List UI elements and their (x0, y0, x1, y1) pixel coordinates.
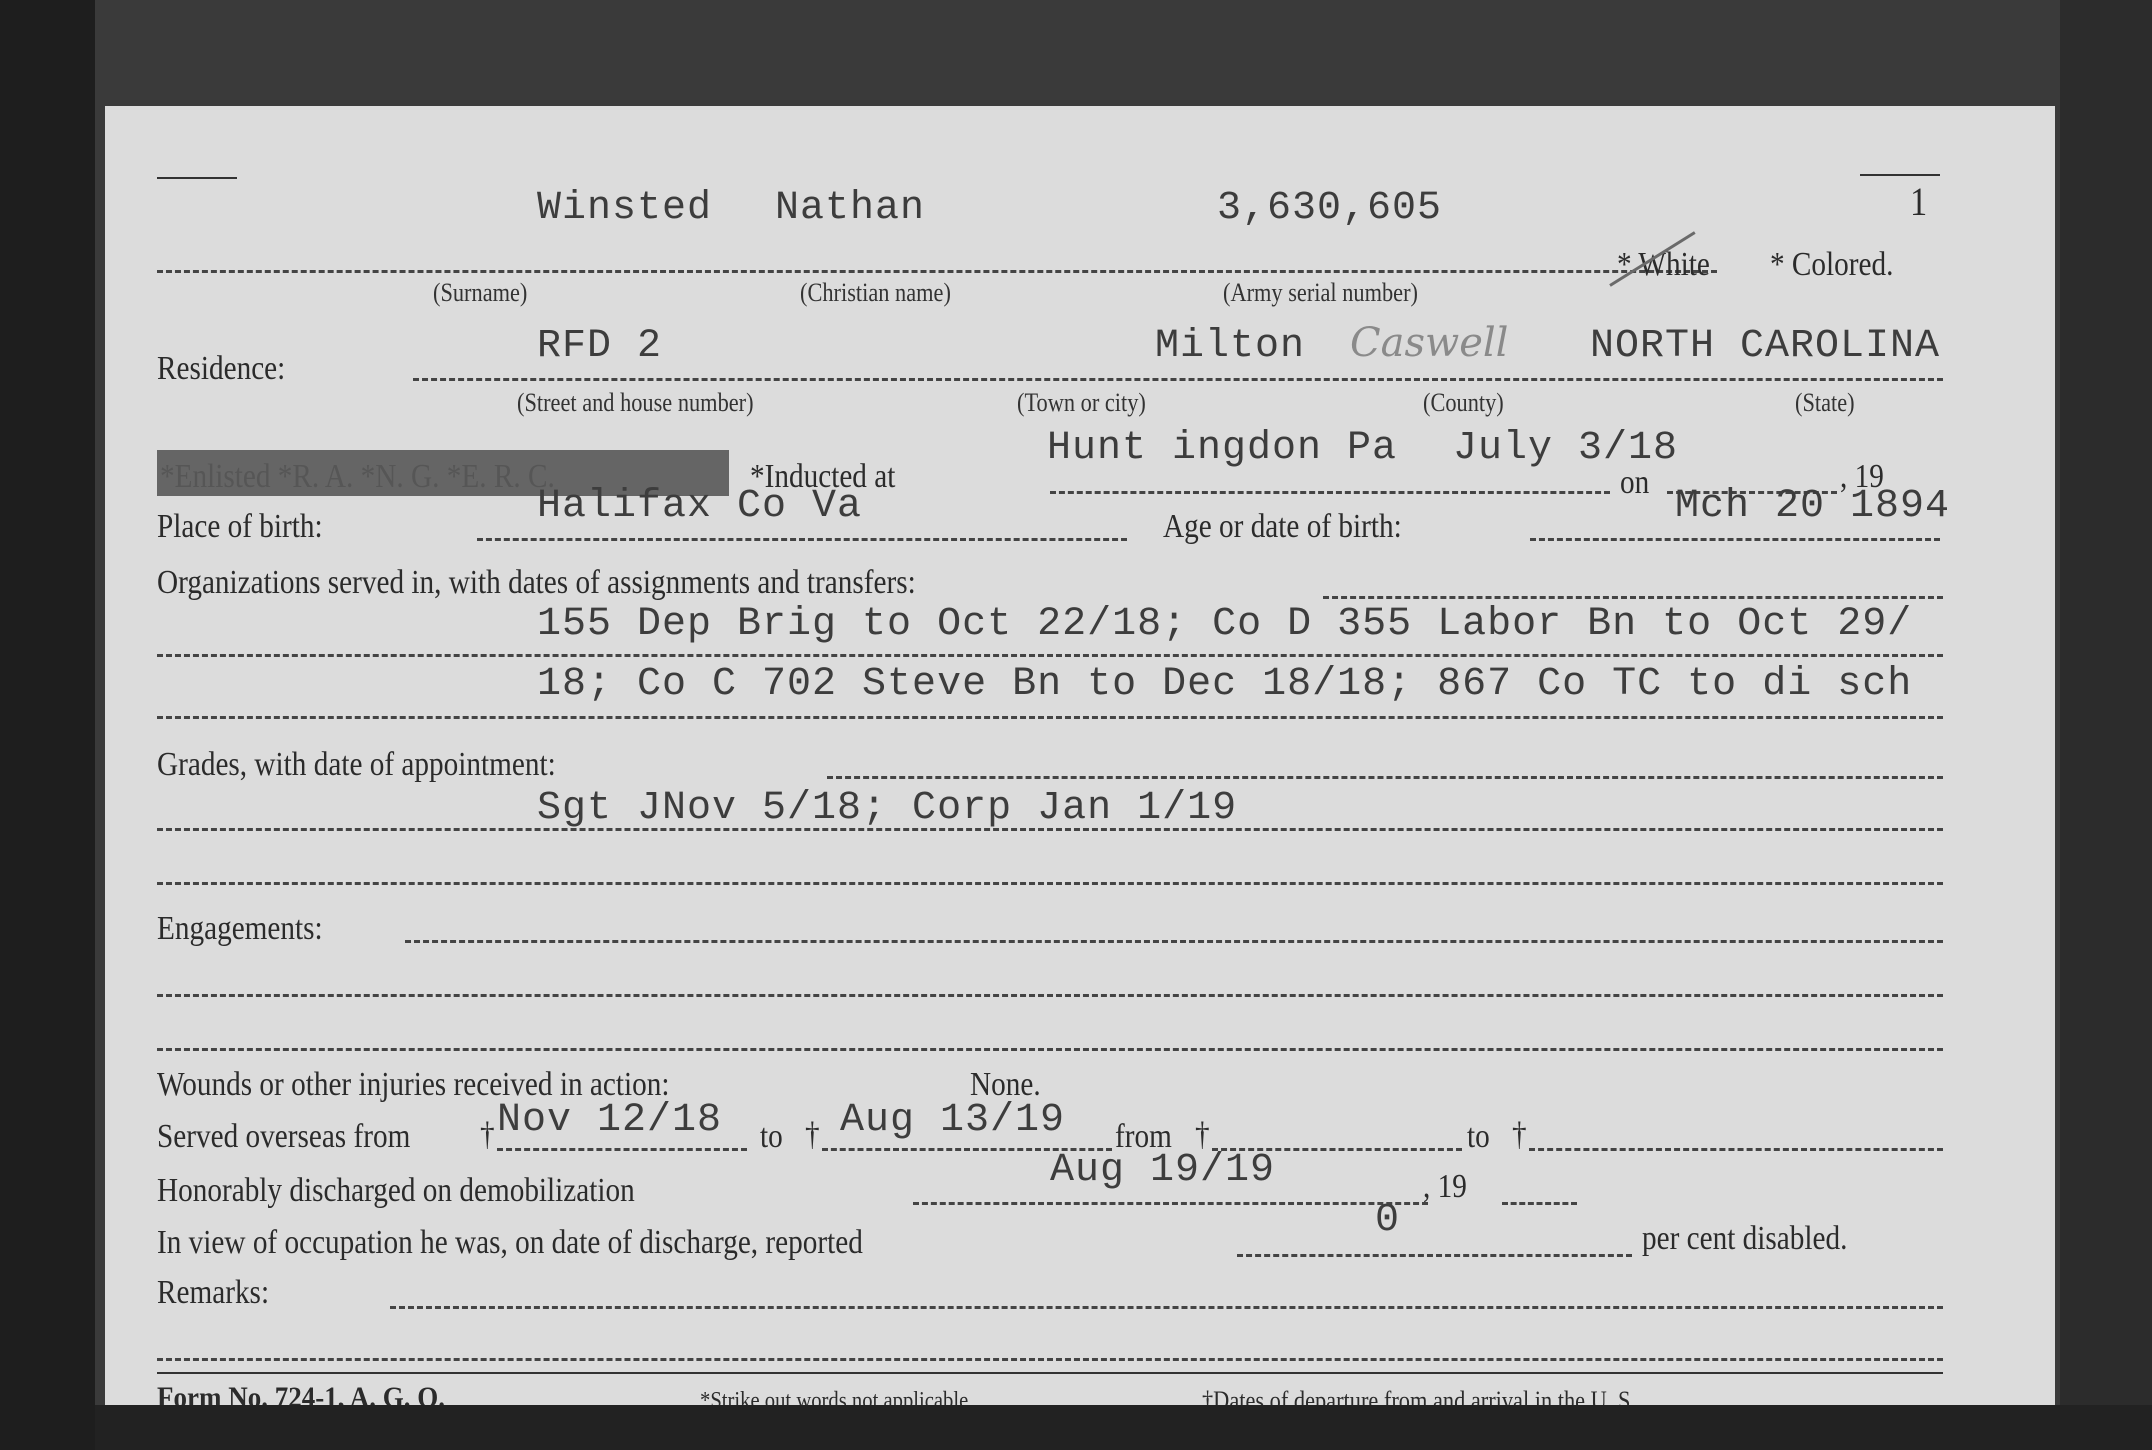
service-record-card: 1 Winsted Nathan 3,630,605 * White * Col… (105, 106, 2055, 1406)
serial-caption: (Army serial number) (1223, 278, 1418, 308)
residence-line (413, 378, 1943, 381)
overseas-from-value: Nov 12/18 (497, 1098, 722, 1143)
place-of-birth-line (477, 538, 1127, 541)
scanner-background-bottom (95, 1405, 2152, 1450)
organizations-line-2 (157, 716, 1943, 719)
disability-label: In view of occupation he was, on date of… (157, 1224, 863, 1262)
organizations-entry-2: 18; Co C 702 Steve Bn to Dec 18/18; 867 … (537, 662, 1912, 707)
grades-line-2 (157, 882, 1943, 885)
dagger-mark-2: † (805, 1116, 820, 1154)
discharge-year-line (1502, 1202, 1577, 1205)
town-value: Milton (1155, 324, 1305, 369)
town-caption: (Town or city) (1017, 388, 1146, 418)
organizations-entry-1: 155 Dep Brig to Oct 22/18; Co D 355 Labo… (537, 602, 1912, 647)
christian-name-caption: (Christian name) (800, 278, 951, 308)
engagements-line-0 (405, 940, 1943, 943)
top-right-rule (1860, 174, 1940, 176)
overseas-label: Served overseas from (157, 1118, 410, 1156)
name-line (157, 270, 1717, 273)
organizations-label: Organizations served in, with dates of a… (157, 564, 916, 602)
christian-name-value: Nathan (775, 186, 925, 231)
dagger-mark-1: † (480, 1116, 495, 1154)
place-of-birth-label: Place of birth: (157, 508, 323, 546)
disability-line (1237, 1254, 1632, 1257)
inducted-place-value: Hunt ingdon Pa (1047, 426, 1397, 471)
discharge-year-label: , 19 (1423, 1168, 1467, 1206)
birth-date-line (1530, 538, 1940, 541)
grades-label: Grades, with date of appointment: (157, 746, 556, 784)
footer-rule (157, 1372, 1943, 1374)
footnote-dates: †Dates of departure from and arrival in … (1202, 1386, 1636, 1406)
engagements-label: Engagements: (157, 910, 323, 948)
overseas-to-label: to (760, 1118, 783, 1156)
serial-number-value: 3,630,605 (1217, 186, 1442, 231)
race-colored-option: * Colored. (1770, 246, 1893, 284)
surname-caption: (Surname) (433, 278, 527, 308)
organizations-line-1 (157, 654, 1943, 657)
grades-entry-1: Sgt JNov 5/18; Corp Jan 1/19 (537, 786, 1237, 831)
remarks-line-2 (157, 1358, 1943, 1361)
state-caption: (State) (1795, 388, 1855, 418)
street-caption: (Street and house number) (517, 388, 754, 418)
disability-suffix: per cent disabled. (1642, 1220, 1847, 1258)
dagger-mark-4: † (1512, 1116, 1527, 1154)
birth-date-value: Mch 20 1894 (1675, 484, 1950, 529)
grades-line-1 (157, 828, 1943, 831)
engagements-line-1 (157, 994, 1943, 997)
scanner-background-left (0, 0, 95, 1450)
engagements-line-2 (157, 1048, 1943, 1051)
overseas-to-label-2: to (1467, 1118, 1490, 1156)
grades-line-0 (827, 776, 1943, 779)
form-number: Form No. 724-1, A. G. O. (157, 1381, 445, 1406)
remarks-line-1 (390, 1306, 1943, 1309)
county-caption: (County) (1423, 388, 1504, 418)
residence-label: Residence: (157, 350, 285, 388)
remarks-label: Remarks: (157, 1274, 269, 1312)
scanner-background-right (2060, 0, 2152, 1450)
inducted-line (1050, 491, 1610, 494)
street-value: RFD 2 (537, 324, 662, 369)
discharge-date-value: Aug 19/19 (1050, 1148, 1275, 1193)
surname-value: Winsted (537, 186, 712, 231)
top-left-rule (157, 177, 237, 179)
state-value: NORTH CAROLINA (1590, 324, 1940, 369)
footnote-strike-out: *Strike out words not applicable. (700, 1388, 973, 1406)
organizations-line-0 (1323, 596, 1943, 599)
discharge-line (913, 1202, 1428, 1205)
overseas-from-line (497, 1148, 747, 1151)
on-label: on (1620, 464, 1649, 502)
overseas-to-line-2 (1529, 1148, 1943, 1151)
place-of-birth-value: Halifax Co Va (537, 484, 862, 529)
discharge-label: Honorably discharged on demobilization (157, 1172, 635, 1210)
card-number: 1 (1910, 178, 1927, 225)
disability-value: 0 (1375, 1198, 1400, 1243)
overseas-to-value: Aug 13/19 (840, 1098, 1065, 1143)
age-label: Age or date of birth: (1163, 508, 1402, 546)
county-value-handwritten: Caswell (1350, 320, 1508, 366)
